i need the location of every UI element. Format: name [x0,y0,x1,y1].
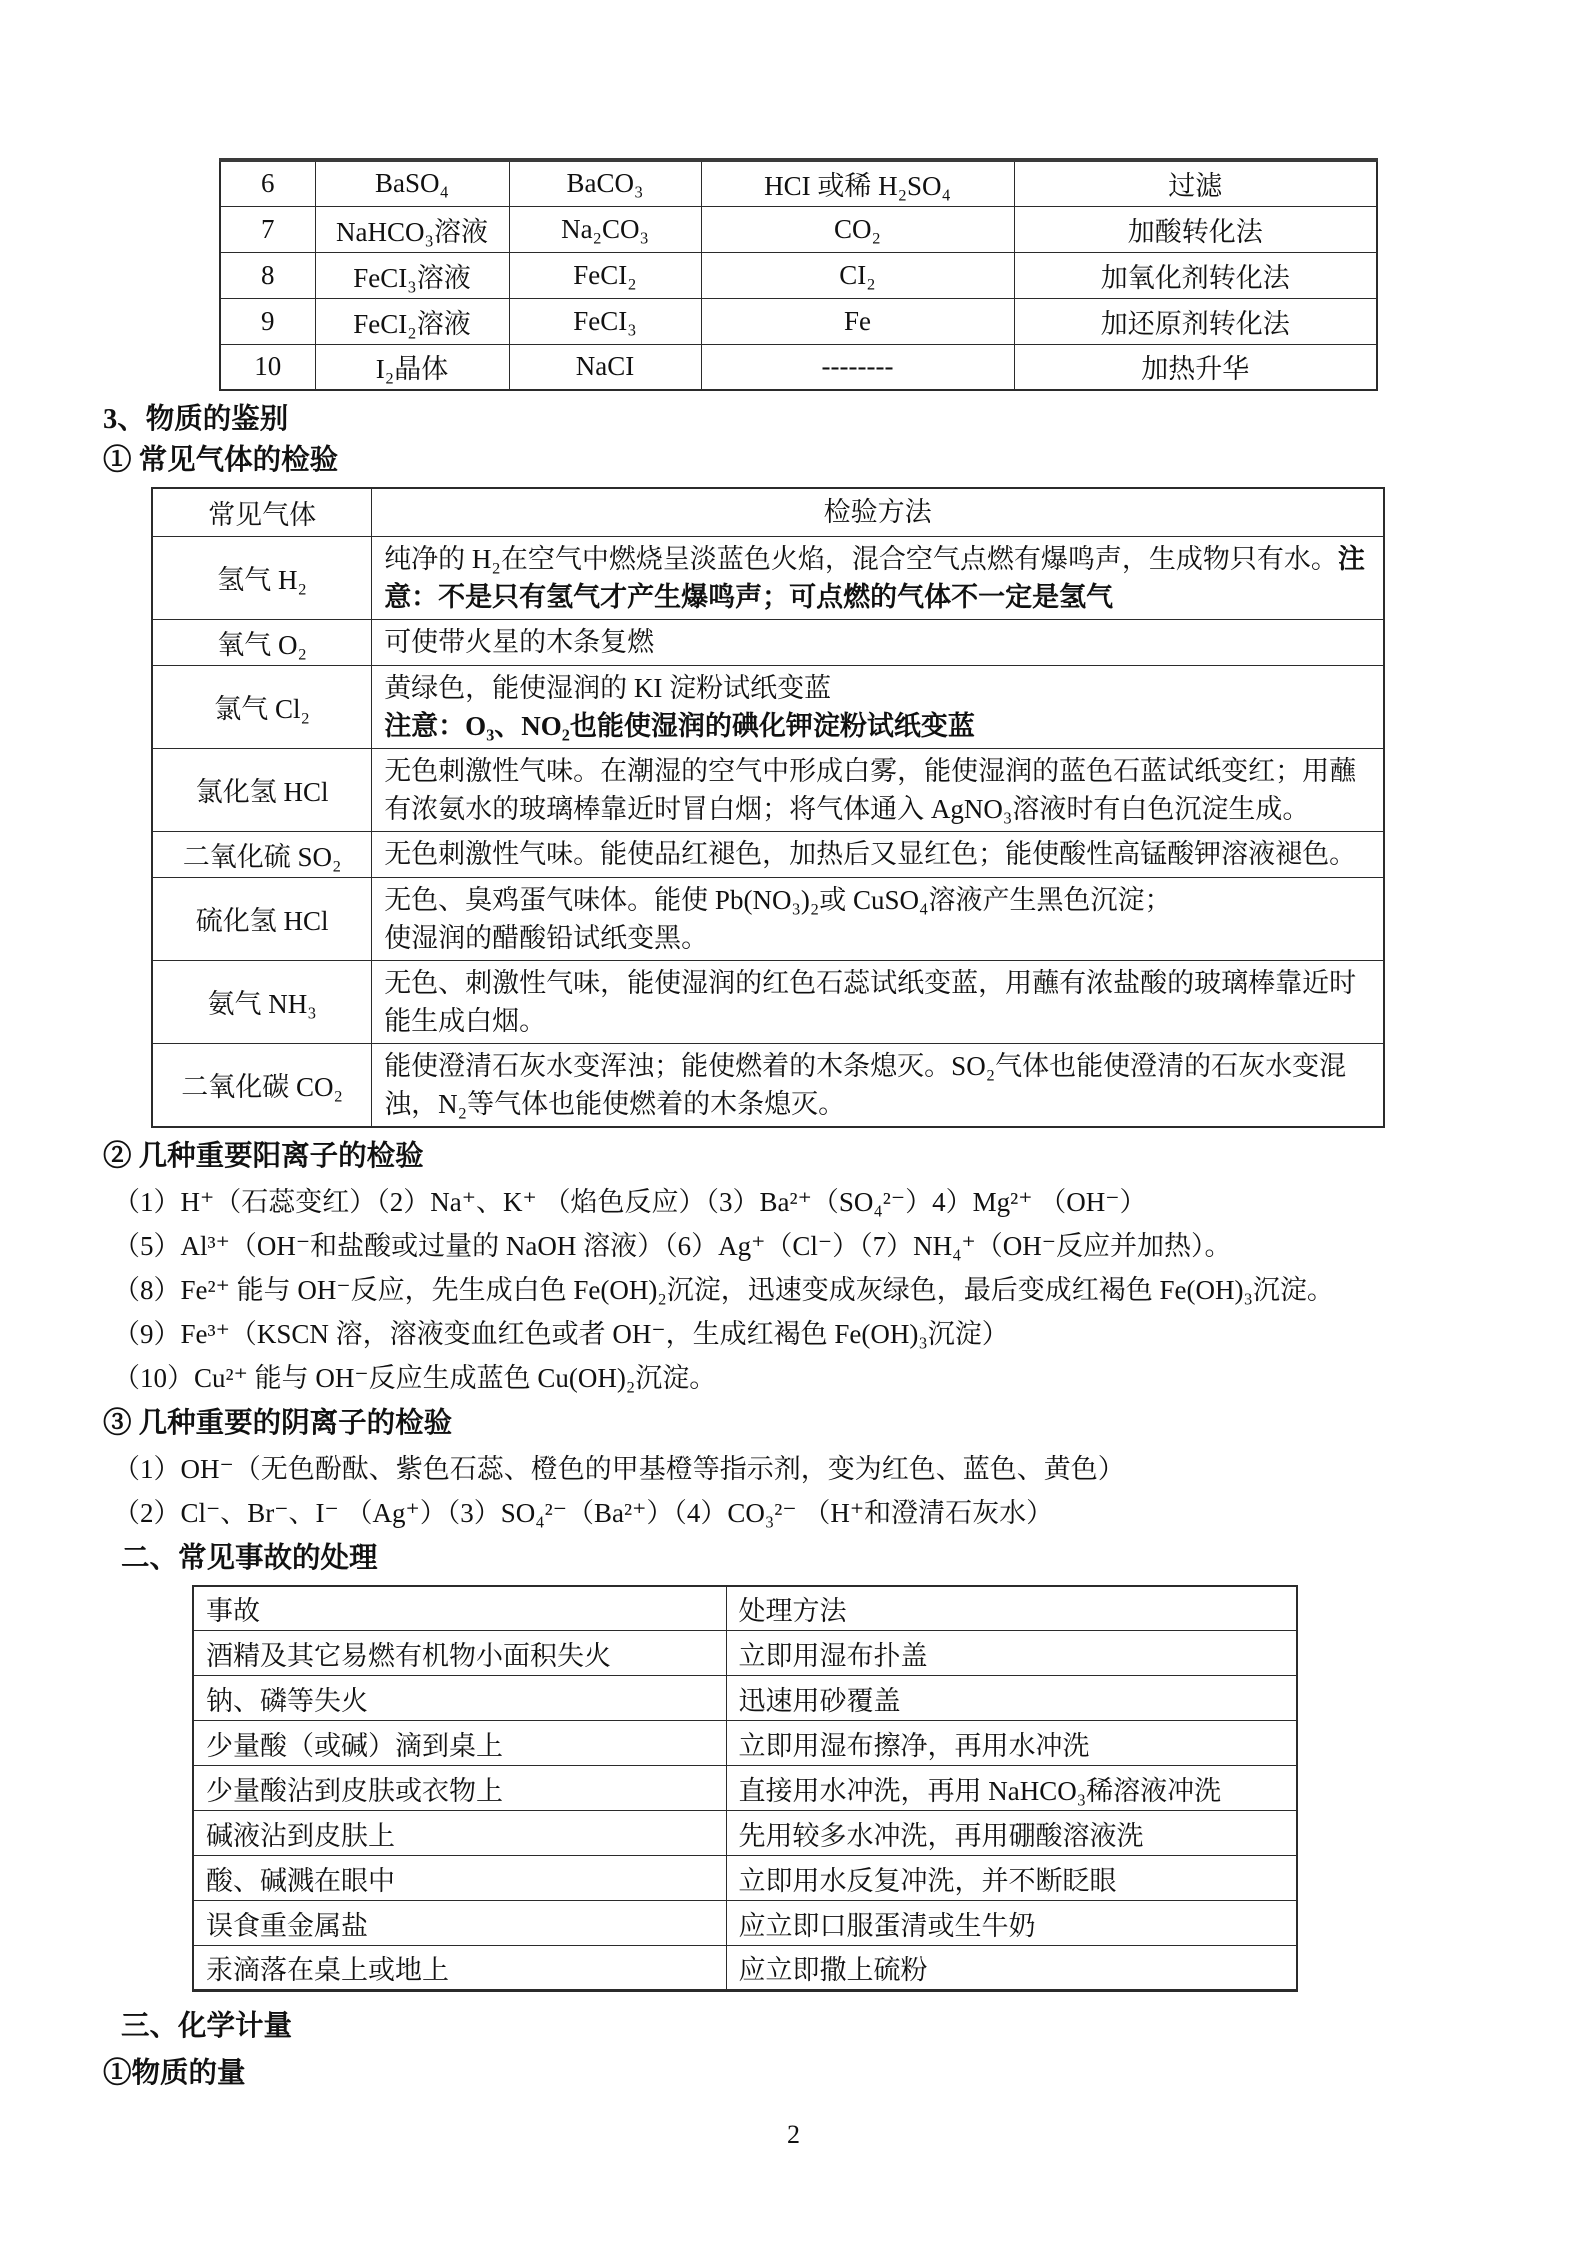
table-cell: 加氧化剂转化法 [1014,252,1377,298]
anion-heading: ③ 几种重要的阴离子的检验 [103,1405,1497,1442]
table-row: 氯化氢 HCl 无色刺激性气味。在潮湿的空气中形成白雾，能使湿润的蓝色石蓝试纸变… [152,748,1384,831]
method-text: 无色、臭鸡蛋气味体。能使 Pb(NO₃)₂或 CuSO₄溶液产生黑色沉淀； [384,881,1371,919]
table-cell: 加热升华 [1014,344,1377,390]
table-row: 氧气 O₂ 可使带火星的木条复燃 [152,619,1384,665]
table-row: 氢气 H₂ 纯净的 H₂在空气中燃烧呈淡蓝色火焰，混合空气点燃有爆鸣声，生成物只… [152,536,1384,619]
table-cell: 过滤 [1014,160,1377,206]
table-cell: 9 [220,298,315,344]
gas-test-heading: ① 常见气体的检验 [103,442,1497,479]
gas-name-cell: 氯化氢 HCl [152,748,372,831]
gas-name-cell: 硫化氢 HCl [152,877,372,960]
cation-line: （1）H⁺（石蕊变红）（2）Na⁺、K⁺ （焰色反应）（3）Ba²⁺（SO₄²⁻… [113,1185,1497,1219]
table-cell: 立即用湿布扑盖 [726,1631,1297,1676]
cation-lines: （1）H⁺（石蕊变红）（2）Na⁺、K⁺ （焰色反应）（3）Ba²⁺（SO₄²⁻… [113,1185,1497,1395]
table-row: 汞滴落在桌上或地上 应立即撒上硫粉 [193,1946,1297,1991]
table-row: 氯气 Cl₂ 黄绿色，能使湿润的 KI 淀粉试纸变蓝 注意：O₃、NO₂也能使湿… [152,665,1384,748]
cation-heading: ② 几种重要阳离子的检验 [103,1138,1497,1175]
method-cell: 能使澄清石灰水变浑浊；能使燃着的木条熄灭。SO₂气体也能使澄清的石灰水变混浊，N… [372,1043,1384,1127]
table-cell: 立即用湿布擦净，再用水冲洗 [726,1721,1297,1766]
table-cell: 酸、碱溅在眼中 [193,1856,726,1901]
method-text: 纯净的 H₂在空气中燃烧呈淡蓝色火焰，混合空气点燃有爆鸣声，生成物只有水。 [384,544,1338,574]
gas-name-cell: 氧气 O₂ [152,619,372,665]
table-cell: BaCO₃ [509,160,701,206]
table-cell: 少量酸沾到皮肤或衣物上 [193,1766,726,1811]
method-cell: 纯净的 H₂在空气中燃烧呈淡蓝色火焰，混合空气点燃有爆鸣声，生成物只有水。注意：… [372,536,1384,619]
table-row: 7 NaHCO₃溶液 Na₂CO₃ CO₂ 加酸转化法 [220,206,1377,252]
table-cell: 迅速用砂覆盖 [726,1676,1297,1721]
table-row: 二氧化硫 SO₂ 无色刺激性气味。能使品红褪色，加热后又显红色；能使酸性高锰酸钾… [152,831,1384,877]
cation-line: （9）Fe³⁺（KSCN 溶，溶液变血红色或者 OH⁻，生成红褐色 Fe(OH)… [113,1317,1497,1351]
anion-lines: （1）OH⁻（无色酚酞、紫色石蕊、橙色的甲基橙等指示剂，变为红色、蓝色、黄色） … [113,1452,1497,1530]
table-cell: FeCI₂ [509,252,701,298]
column-header: 事故 [193,1586,726,1631]
method-text: 使湿润的醋酸铅试纸变黑。 [384,919,1371,957]
table-row: 氨气 NH₃ 无色、刺激性气味，能使湿润的红色石蕊试纸变蓝，用蘸有浓盐酸的玻璃棒… [152,960,1384,1043]
table-row: 常见气体 检验方法 [152,488,1384,536]
method-cell: 无色、臭鸡蛋气味体。能使 Pb(NO₃)₂或 CuSO₄溶液产生黑色沉淀； 使湿… [372,877,1384,960]
table-cell: 应立即撒上硫粉 [726,1946,1297,1991]
gas-name-cell: 氯气 Cl₂ [152,665,372,748]
table-cell: 8 [220,252,315,298]
method-cell: 黄绿色，能使湿润的 KI 淀粉试纸变蓝 注意：O₃、NO₂也能使湿润的碘化钾淀粉… [372,665,1384,748]
cation-line: （10）Cu²⁺ 能与 OH⁻反应生成蓝色 Cu(OH)₂沉淀。 [113,1361,1497,1395]
purification-table: 6 BaSO₄ BaCO₃ HCI 或稀 H₂SO₄ 过滤 7 NaHCO₃溶液… [219,158,1378,391]
method-text: 无色刺激性气味。能使品红褪色，加热后又显红色；能使酸性高锰酸钾溶液褪色。 [384,839,1356,869]
cation-line: （8）Fe²⁺ 能与 OH⁻反应，先生成白色 Fe(OH)₂沉淀，迅速变成灰绿色… [113,1273,1497,1307]
table-cell: 钠、磷等失火 [193,1676,726,1721]
method-text: 能使澄清石灰水变浑浊；能使燃着的木条熄灭。SO₂气体也能使澄清的石灰水变混浊，N… [384,1051,1346,1119]
table-cell: HCI 或稀 H₂SO₄ [701,160,1014,206]
table-cell: CI₂ [701,252,1014,298]
gas-name-cell: 氢气 H₂ [152,536,372,619]
method-text: 黄绿色，能使湿润的 KI 淀粉试纸变蓝 [384,669,1371,707]
table-cell: 酒精及其它易燃有机物小面积失火 [193,1631,726,1676]
table-cell: FeCI₃ [509,298,701,344]
table-row: 误食重金属盐 应立即口服蛋清或生牛奶 [193,1901,1297,1946]
cation-line: （5）Al³⁺（OH⁻和盐酸或过量的 NaOH 溶液）（6）Ag⁺（Cl⁻）（7… [113,1229,1497,1263]
table-cell: 先用较多水冲洗，再用硼酸溶液洗 [726,1811,1297,1856]
gas-test-table: 常见气体 检验方法 氢气 H₂ 纯净的 H₂在空气中燃烧呈淡蓝色火焰，混合空气点… [151,487,1385,1128]
gas-name-cell: 二氧化硫 SO₂ [152,831,372,877]
accidents-heading: 二、常见事故的处理 [121,1540,1497,1577]
column-header: 检验方法 [372,488,1384,536]
table-row: 8 FeCI₃溶液 FeCI₂ CI₂ 加氧化剂转化法 [220,252,1377,298]
section-3-heading: 3、物质的鉴别 [103,401,1497,438]
table-cell: 6 [220,160,315,206]
measurement-heading: 三、化学计量 [121,2008,1497,2045]
table-row: 少量酸沾到皮肤或衣物上 直接用水冲洗，再用 NaHCO₃稀溶液冲洗 [193,1766,1297,1811]
method-note-bold: 注意：O₃、NO₂也能使湿润的碘化钾淀粉试纸变蓝 [384,707,1371,745]
method-cell: 无色刺激性气味。能使品红褪色，加热后又显红色；能使酸性高锰酸钾溶液褪色。 [372,831,1384,877]
method-text: 无色刺激性气味。在潮湿的空气中形成白雾，能使湿润的蓝色石蓝试纸变红；用蘸有浓氨水… [384,756,1356,824]
method-text: 无色、刺激性气味，能使湿润的红色石蕊试纸变蓝，用蘸有浓盐酸的玻璃棒靠近时能生成白… [384,968,1356,1036]
column-header: 常见气体 [152,488,372,536]
table-cell: CO₂ [701,206,1014,252]
table-cell: 立即用水反复冲洗，并不断眨眼 [726,1856,1297,1901]
table-row: 硫化氢 HCl 无色、臭鸡蛋气味体。能使 Pb(NO₃)₂或 CuSO₄溶液产生… [152,877,1384,960]
table-cell: Na₂CO₃ [509,206,701,252]
table-cell: 加酸转化法 [1014,206,1377,252]
method-cell: 可使带火星的木条复燃 [372,619,1384,665]
table-cell: 10 [220,344,315,390]
table-row: 6 BaSO₄ BaCO₃ HCI 或稀 H₂SO₄ 过滤 [220,160,1377,206]
accident-table: 事故 处理方法 酒精及其它易燃有机物小面积失火 立即用湿布扑盖 钠、磷等失火 迅… [192,1585,1298,1993]
table-cell: FeCI₃溶液 [315,252,509,298]
anion-line: （2）Cl⁻、Br⁻、I⁻ （Ag⁺）（3）SO₄²⁻（Ba²⁺）（4）CO₃²… [113,1496,1497,1530]
document-page: 6 BaSO₄ BaCO₃ HCI 或稀 H₂SO₄ 过滤 7 NaHCO₃溶液… [0,0,1587,2092]
table-cell: FeCI₂溶液 [315,298,509,344]
table-row: 钠、磷等失火 迅速用砂覆盖 [193,1676,1297,1721]
gas-name-cell: 二氧化碳 CO₂ [152,1043,372,1127]
table-row: 少量酸（或碱）滴到桌上 立即用湿布擦净，再用水冲洗 [193,1721,1297,1766]
table-row: 10 I₂晶体 NaCI -------- 加热升华 [220,344,1377,390]
column-header: 处理方法 [726,1586,1297,1631]
table-row: 二氧化碳 CO₂ 能使澄清石灰水变浑浊；能使燃着的木条熄灭。SO₂气体也能使澄清… [152,1043,1384,1127]
table-cell: BaSO₄ [315,160,509,206]
table-cell: 碱液沾到皮肤上 [193,1811,726,1856]
table-cell: I₂晶体 [315,344,509,390]
table-cell: -------- [701,344,1014,390]
table-cell: 7 [220,206,315,252]
amount-of-substance-heading: ①物质的量 [103,2055,1497,2092]
method-text: 可使带火星的木条复燃 [384,627,654,657]
table-cell: 应立即口服蛋清或生牛奶 [726,1901,1297,1946]
gas-name-cell: 氨气 NH₃ [152,960,372,1043]
table-row: 9 FeCI₂溶液 FeCI₃ Fe 加还原剂转化法 [220,298,1377,344]
table-row: 碱液沾到皮肤上 先用较多水冲洗，再用硼酸溶液洗 [193,1811,1297,1856]
table-cell: 汞滴落在桌上或地上 [193,1946,726,1991]
method-cell: 无色刺激性气味。在潮湿的空气中形成白雾，能使湿润的蓝色石蓝试纸变红；用蘸有浓氨水… [372,748,1384,831]
anion-line: （1）OH⁻（无色酚酞、紫色石蕊、橙色的甲基橙等指示剂，变为红色、蓝色、黄色） [113,1452,1497,1486]
method-cell: 无色、刺激性气味，能使湿润的红色石蕊试纸变蓝，用蘸有浓盐酸的玻璃棒靠近时能生成白… [372,960,1384,1043]
table-cell: NaHCO₃溶液 [315,206,509,252]
page-number: 2 [0,2120,1587,2150]
table-row: 酸、碱溅在眼中 立即用水反复冲洗，并不断眨眼 [193,1856,1297,1901]
table-row: 事故 处理方法 [193,1586,1297,1631]
table-cell: 直接用水冲洗，再用 NaHCO₃稀溶液冲洗 [726,1766,1297,1811]
table-cell: NaCI [509,344,701,390]
table-cell: Fe [701,298,1014,344]
table-cell: 少量酸（或碱）滴到桌上 [193,1721,726,1766]
table-cell: 误食重金属盐 [193,1901,726,1946]
table-row: 酒精及其它易燃有机物小面积失火 立即用湿布扑盖 [193,1631,1297,1676]
table-cell: 加还原剂转化法 [1014,298,1377,344]
